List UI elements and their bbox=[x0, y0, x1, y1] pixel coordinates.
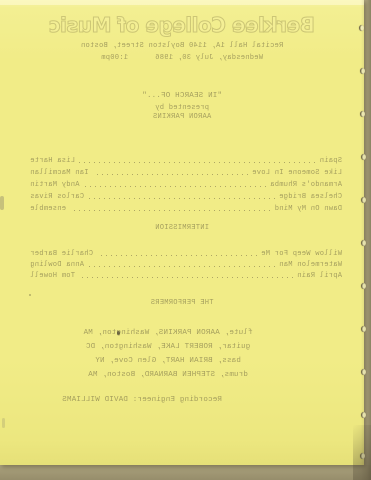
ink-speck bbox=[29, 294, 31, 296]
dotted-leader bbox=[88, 198, 275, 199]
program-title: Armando's Rhumba bbox=[270, 181, 342, 189]
program-row: Watermelon Man Anna Dowling bbox=[30, 261, 342, 269]
program-title: Dawn On My Mind bbox=[274, 205, 342, 213]
bottom-edge-shadow bbox=[0, 465, 371, 480]
program-credit: Charlie Barber bbox=[30, 250, 93, 258]
dotted-leader bbox=[79, 277, 293, 278]
program-credit: Ian Macmillan bbox=[30, 169, 89, 177]
program-credit: Tom Howell bbox=[30, 272, 75, 280]
presented-by-label: presented by bbox=[0, 104, 364, 112]
program-title: April Rain bbox=[297, 272, 342, 280]
dotted-leader bbox=[70, 210, 270, 211]
dotted-leader bbox=[88, 266, 275, 267]
venue-address: Recital Hall 1A, 1140 Boylston Street, B… bbox=[0, 42, 364, 50]
program-title: Willow Weep For Me bbox=[261, 250, 342, 258]
program-title: Watermelon Man bbox=[279, 261, 342, 269]
program-credit: Lisa Harte bbox=[30, 157, 75, 165]
program-credit: Carlos Rivas bbox=[30, 193, 84, 201]
dotted-leader bbox=[93, 174, 248, 175]
performer-line: bass, BRIAN HART, Glen Cove, NY bbox=[0, 357, 350, 365]
program-row: April Rain Tom Howell bbox=[30, 272, 342, 280]
program-credit: ensemble bbox=[30, 205, 66, 213]
school-masthead: Berklee College of Music bbox=[0, 13, 364, 37]
performer-line: flute, AARON PARKINS, Washington, MA bbox=[0, 329, 350, 337]
recording-credit: Recording Engineer: DAVID WILLIAMS bbox=[0, 396, 324, 404]
program-credit: Anna Dowling bbox=[30, 261, 84, 269]
program-row: Dawn On My Mind ensemble bbox=[30, 205, 342, 213]
ink-speck bbox=[117, 331, 120, 335]
program-row: Spain Lisa Harte bbox=[30, 157, 342, 165]
dotted-leader bbox=[97, 255, 257, 256]
mirrored-content-layer: Berklee College of Music Recital Hall 1A… bbox=[0, 0, 364, 465]
dotted-leader bbox=[84, 186, 266, 187]
program-title: Spain bbox=[319, 157, 342, 165]
performer-line: guitar, ROBERT LAKE, Washington, DC bbox=[0, 343, 350, 351]
scanned-program-page: { "header": { "school": "Berklee College… bbox=[0, 0, 371, 480]
program-credit: Andy Martin bbox=[30, 181, 80, 189]
program-row: Armando's Rhumba Andy Martin bbox=[30, 181, 342, 189]
program-row: Chelsea Bridge Carlos Rivas bbox=[30, 193, 342, 201]
page-edge-shadow bbox=[361, 0, 371, 480]
intermission-heading: INTERMISSION bbox=[0, 224, 364, 232]
performer-line: drums, STEPHEN BARNARD, Boston, MA bbox=[0, 371, 350, 379]
program-title: Like Someone In Love bbox=[252, 169, 342, 177]
program-row: Willow Weep For Me Charlie Barber bbox=[30, 250, 342, 258]
edge-smudge bbox=[0, 196, 4, 210]
program-row: Like Someone In Love Ian Macmillan bbox=[30, 169, 342, 177]
program-title: Chelsea Bridge bbox=[279, 193, 342, 201]
presenter-name: AARON PARKINS bbox=[0, 113, 364, 121]
dotted-leader bbox=[79, 162, 315, 163]
edge-smudge bbox=[2, 418, 5, 428]
event-datetime: Wednesday, July 30, 1986 1:00pm bbox=[0, 54, 364, 62]
performers-heading: THE PERFORMERS bbox=[0, 299, 364, 307]
recital-title: "IN SEARCH OF..." bbox=[0, 92, 364, 100]
